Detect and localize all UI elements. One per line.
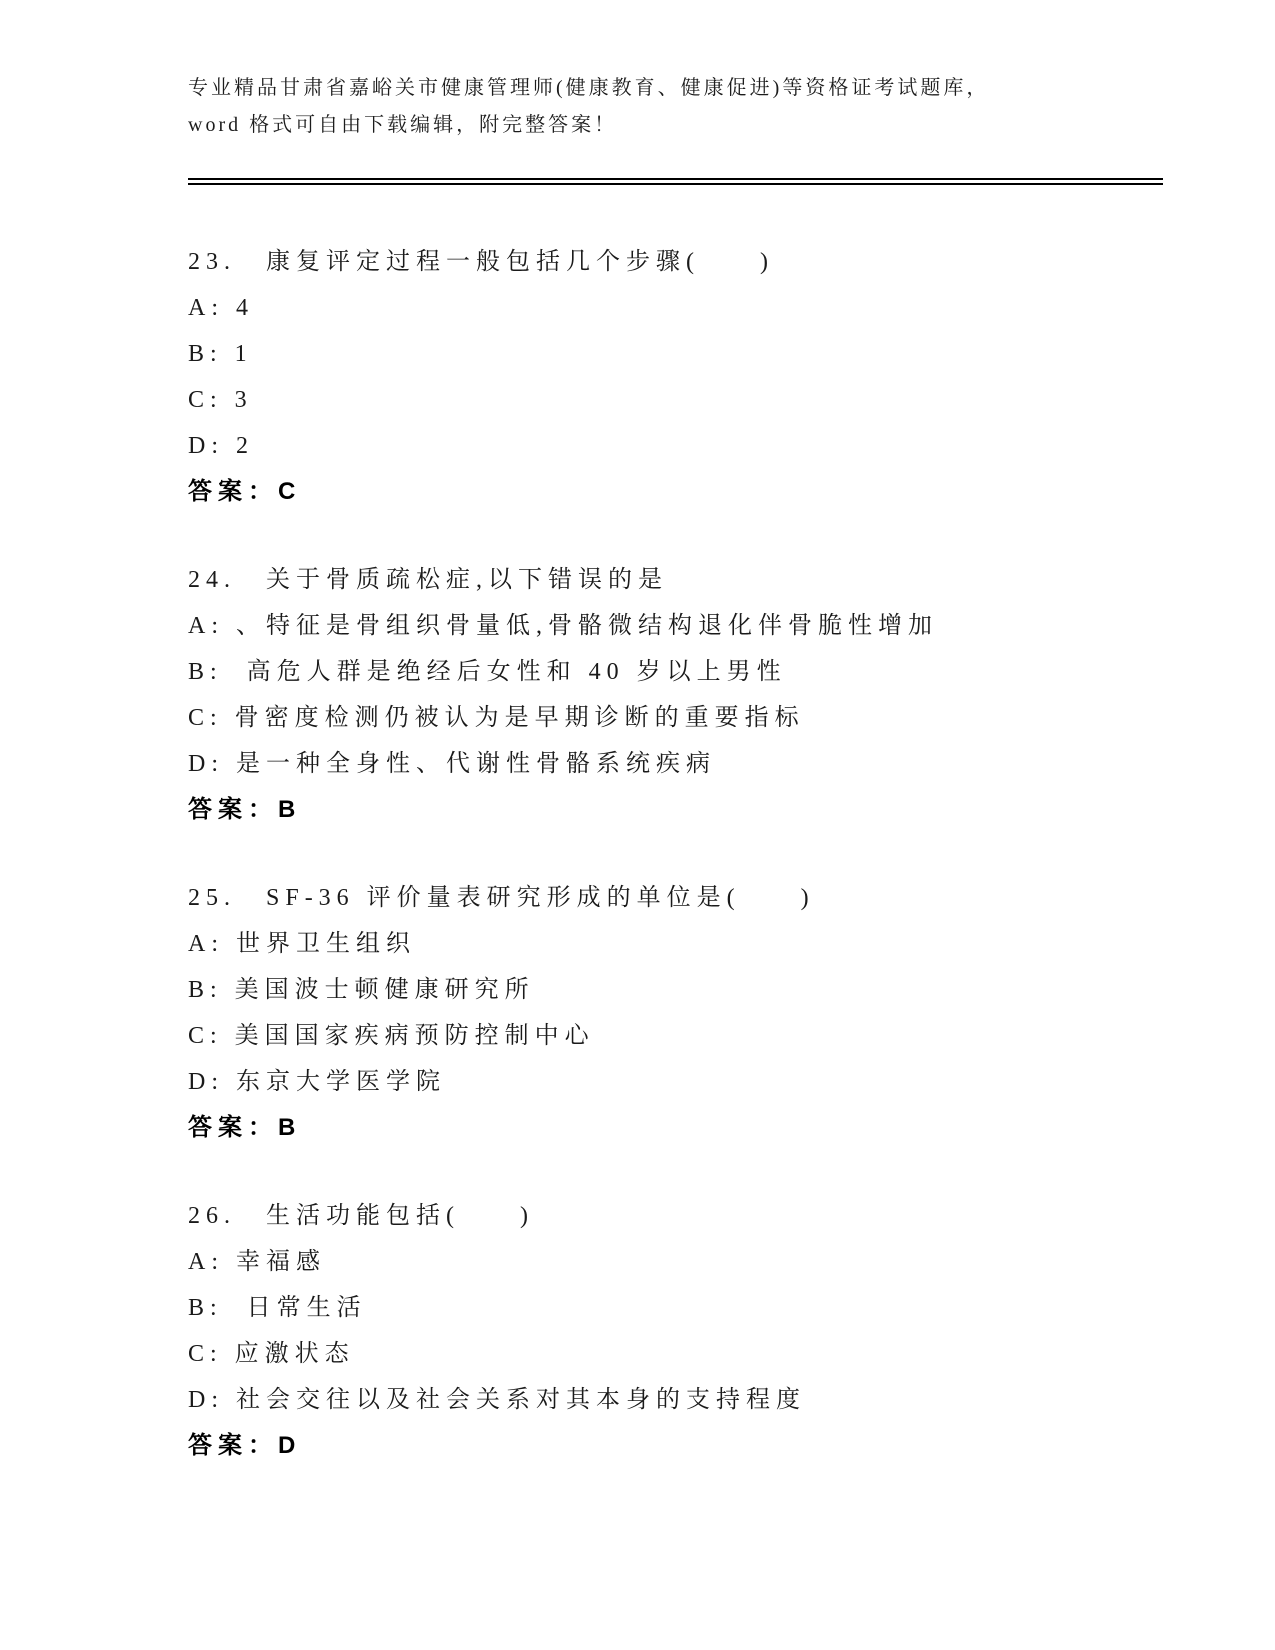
question-option-b: B: 高危人群是绝经后女性和 40 岁以上男性: [188, 649, 1175, 695]
question-option-d: D: 东京大学医学院: [188, 1059, 1175, 1105]
question-title: 25. SF-36 评价量表研究形成的单位是( ): [188, 875, 1175, 921]
header-line-2: word 格式可自由下载编辑，附完整答案！: [188, 107, 1175, 144]
question-option-a: A: 4: [188, 285, 1175, 331]
question-block-24: 24. 关于骨质疏松症,以下错误的是 A: 、特征是骨组织骨量低,骨骼微结构退化…: [188, 557, 1175, 833]
question-option-b: B: 日常生活: [188, 1285, 1175, 1331]
question-option-c: C: 美国国家疾病预防控制中心: [188, 1013, 1175, 1059]
question-option-c: C: 骨密度检测仍被认为是早期诊断的重要指标: [188, 695, 1175, 741]
question-title: 23. 康复评定过程一般包括几个步骤( ): [188, 239, 1175, 285]
question-option-d: D: 社会交往以及社会关系对其本身的支持程度: [188, 1377, 1175, 1423]
question-option-c: C: 应激状态: [188, 1331, 1175, 1377]
question-option-b: B: 1: [188, 331, 1175, 377]
question-option-a: A: 幸福感: [188, 1239, 1175, 1285]
question-block-26: 26. 生活功能包括( ) A: 幸福感 B: 日常生活 C: 应激状态 D: …: [188, 1193, 1175, 1469]
header-divider: [188, 178, 1163, 185]
answer-line: 答案：D: [188, 1423, 1175, 1469]
question-option-a: A: 世界卫生组织: [188, 921, 1175, 967]
question-option-d: D: 2: [188, 423, 1175, 469]
question-option-a: A: 、特征是骨组织骨量低,骨骼微结构退化伴骨脆性增加: [188, 603, 1175, 649]
answer-line: 答案：C: [188, 469, 1175, 515]
document-page: 专业精品甘肃省嘉峪关市健康管理师(健康教育、健康促进)等资格证考试题库， wor…: [0, 0, 1275, 1650]
answer-line: 答案：B: [188, 1105, 1175, 1151]
question-title: 26. 生活功能包括( ): [188, 1193, 1175, 1239]
question-option-c: C: 3: [188, 377, 1175, 423]
header-line-1: 专业精品甘肃省嘉峪关市健康管理师(健康教育、健康促进)等资格证考试题库，: [188, 70, 1175, 107]
question-option-d: D: 是一种全身性、代谢性骨骼系统疾病: [188, 741, 1175, 787]
question-block-23: 23. 康复评定过程一般包括几个步骤( ) A: 4 B: 1 C: 3 D: …: [188, 239, 1175, 515]
question-option-b: B: 美国波士顿健康研究所: [188, 967, 1175, 1013]
question-title: 24. 关于骨质疏松症,以下错误的是: [188, 557, 1175, 603]
answer-line: 答案：B: [188, 787, 1175, 833]
document-header: 专业精品甘肃省嘉峪关市健康管理师(健康教育、健康促进)等资格证考试题库， wor…: [188, 70, 1175, 144]
question-block-25: 25. SF-36 评价量表研究形成的单位是( ) A: 世界卫生组织 B: 美…: [188, 875, 1175, 1151]
questions-list: 23. 康复评定过程一般包括几个步骤( ) A: 4 B: 1 C: 3 D: …: [188, 239, 1175, 1469]
